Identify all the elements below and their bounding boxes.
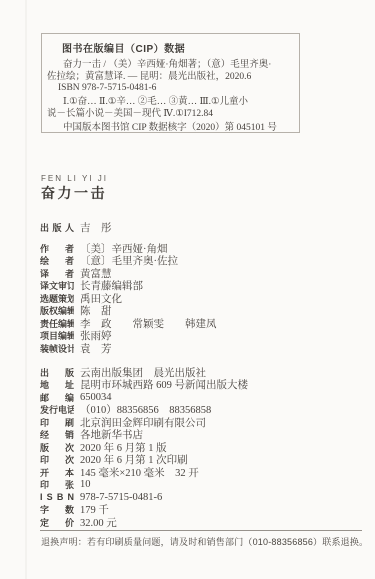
- publisher-row: 出版人 吉 彤: [40, 221, 112, 234]
- info-label: 邮编: [40, 391, 74, 404]
- cip-line: 中国版本图书馆 CIP 数据核字（2020）第 045101 号: [46, 123, 293, 135]
- cip-line: 说－长篇小说－美国－现代 Ⅳ.①I712.84: [46, 109, 293, 121]
- info-row: I S B N978-7-5715-0481-6: [40, 491, 248, 504]
- return-notice: 退换声明：若有印刷质量问题，请及时和销售部门（010-88356856）联系退换…: [41, 535, 368, 548]
- info-label: 选题策划: [40, 292, 74, 305]
- scan-artifact-streak: [25, 0, 27, 579]
- info-row: 绘者〔意〕毛里齐奥·佐拉: [40, 255, 217, 268]
- info-label: 装帧设计: [40, 342, 74, 355]
- info-value: 袁 芳: [80, 341, 112, 356]
- info-row: 印刷北京润田金辉印刷有限公司: [40, 416, 248, 429]
- copyright-page: 图书在版编目（CIP）数据 奋力一击 / （美）辛西娅·角畑著；（意）毛里齐奥·…: [0, 0, 375, 579]
- cip-lines: 奋力一击 / （美）辛西娅·角畑著；（意）毛里齐奥·佐拉绘；黄富慧译. — 昆明…: [46, 60, 293, 134]
- info-label: 地址: [40, 378, 74, 391]
- cip-line: Ⅰ.①奋… Ⅱ.①辛… ②毛… ③黄… Ⅲ.①儿童小: [46, 97, 293, 109]
- cip-line: 奋力一击 / （美）辛西娅·角畑著；（意）毛里齐奥·: [46, 60, 293, 72]
- info-row: 定价32.00 元: [40, 516, 248, 529]
- info-row: 装帧设计袁 芳: [40, 342, 217, 355]
- info-row: 项目编辑张雨婷: [40, 330, 217, 343]
- book-title: 奋力一击: [41, 183, 107, 203]
- info-row: 字数179 千: [40, 504, 248, 517]
- info-label: 译文审订: [40, 279, 74, 292]
- info-row: 选题策划禹田文化: [40, 292, 217, 305]
- info-label: 版次: [40, 441, 74, 454]
- info-label: 经销: [40, 428, 74, 441]
- cip-data-box: 图书在版编目（CIP）数据 奋力一击 / （美）辛西娅·角畑著；（意）毛里齐奥·…: [41, 33, 300, 133]
- info-row: 地址昆明市环城西路 609 号新闻出版大楼: [40, 379, 248, 392]
- info-value: 10: [80, 479, 91, 490]
- info-value: 978-7-5715-0481-6: [80, 492, 162, 503]
- info-label: 作者: [40, 242, 74, 255]
- info-value: 昆明市环城西路 609 号新闻出版大楼: [80, 377, 248, 392]
- info-row: 印张10: [40, 479, 248, 492]
- cip-title: 图书在版编目（CIP）数据: [62, 40, 293, 55]
- credits-block: 作者〔美〕辛西娅·角畑绘者〔意〕毛里齐奥·佐拉译者黄富慧译文审订长青藤编辑部选题…: [40, 242, 217, 355]
- cip-line: ISBN 978-7-5715-0481-6: [46, 83, 293, 95]
- info-label: 发行电话: [40, 403, 74, 416]
- info-label: 印次: [40, 453, 74, 466]
- info-label: 项目编辑: [40, 329, 74, 342]
- info-value: 145 毫米×210 毫米 32 开: [80, 465, 199, 480]
- info-row: 译文审订长青藤编辑部: [40, 280, 217, 293]
- publication-block: 出版云南出版集团 晨光出版社地址昆明市环城西路 609 号新闻出版大楼邮编650…: [40, 366, 248, 529]
- info-label: 定价: [40, 516, 74, 529]
- info-label: I S B N: [40, 492, 74, 502]
- info-label: 字数: [40, 503, 74, 516]
- info-label: 责任编辑: [40, 317, 74, 330]
- publisher-value: 吉 彤: [80, 220, 112, 235]
- footer-divider: [40, 530, 362, 531]
- info-label: 印张: [40, 478, 74, 491]
- cip-line: 佐拉绘；黄富慧译. — 昆明：晨光出版社，2020.6: [46, 72, 293, 84]
- info-label: 开本: [40, 466, 74, 479]
- info-label: 印刷: [40, 416, 74, 429]
- info-label: 出版: [40, 366, 74, 379]
- title-pinyin: FEN LI YI JI: [41, 174, 108, 183]
- info-value: 32.00 元: [80, 515, 117, 530]
- info-label: 绘者: [40, 254, 74, 267]
- info-label: 译者: [40, 267, 74, 280]
- publisher-label: 出版人: [40, 221, 74, 234]
- info-row: 开本145 毫米×210 毫米 32 开: [40, 466, 248, 479]
- info-value: 650034: [80, 392, 112, 403]
- info-row: 责任编辑李 政 常颖雯 韩建凤: [40, 317, 217, 330]
- info-label: 版权编辑: [40, 304, 74, 317]
